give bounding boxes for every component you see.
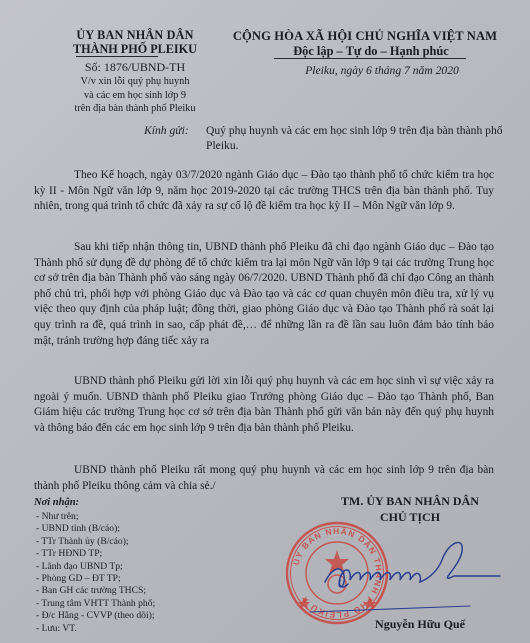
distribution-item: - Lãnh đạo UBND Tp; bbox=[36, 561, 155, 573]
recipient-text: Quý phụ huynh và các em học sinh lớp 9 t… bbox=[206, 124, 506, 153]
recipient-label: Kính gửi: bbox=[144, 124, 189, 137]
signature-on-behalf: TM. ỦY BAN NHÂN DÂN bbox=[310, 494, 510, 509]
distribution-item: - Như trên; bbox=[36, 511, 155, 523]
distribution-list: - Như trên; - UBND tỉnh (B/cáo); - TTr T… bbox=[36, 511, 155, 635]
paragraph-text: Theo Kế hoạch, ngày 03/7/2020 ngành Giáo… bbox=[34, 169, 494, 212]
national-motto: Độc lập – Tự do – Hạnh phúc bbox=[268, 44, 474, 59]
distribution-item: - UBND tỉnh (B/cáo); bbox=[36, 523, 155, 535]
issuing-organization-line1: ỦY BAN NHÂN DÂN bbox=[40, 28, 230, 43]
paragraph-text: UBND thành phố Pleiku rất mong quý phụ h… bbox=[34, 464, 494, 492]
body-paragraph-1: Theo Kế hoạch, ngày 03/7/2020 ngành Giáo… bbox=[34, 168, 494, 215]
national-title: CỘNG HÒA XÃ HỘI CHỦ NGHĨA VIỆT NAM bbox=[215, 29, 515, 44]
distribution-item: - Phòng GD – ĐT TP; bbox=[36, 573, 155, 585]
motto-underline bbox=[274, 58, 466, 59]
subject-line: và các em học sinh lớp 9 bbox=[40, 89, 230, 103]
paragraph-text: Sau khi tiếp nhận thông tin, UBND thành … bbox=[34, 241, 494, 347]
body-paragraph-2: Sau khi tiếp nhận thông tin, UBND thành … bbox=[34, 240, 494, 349]
official-letter: ỦY BAN NHÂN DÂN THÀNH PHỐ PLEIKU Số: 187… bbox=[0, 0, 530, 643]
body-paragraph-4: UBND thành phố Pleiku rất mong quý phụ h… bbox=[34, 463, 494, 494]
distribution-title: Nơi nhận: bbox=[34, 497, 79, 508]
distribution-item: - Ban GH các trường THCS; bbox=[36, 585, 155, 597]
distribution-item: - TTr Thành ủy (B/cáo); bbox=[36, 536, 155, 548]
organization-underline bbox=[76, 56, 158, 57]
signer-name: Nguyễn Hữu Quế bbox=[345, 617, 495, 632]
paragraph-text: UBND thành phố Pleiku gửi lời xin lỗi qu… bbox=[34, 375, 494, 434]
document-subject: V/v xin lỗi quý phụ huynh và các em học … bbox=[40, 75, 230, 116]
issuing-organization-line2: THÀNH PHỐ PLEIKU bbox=[40, 42, 230, 57]
place-and-date: Pleiku, ngày 6 tháng 7 năm 2020 bbox=[262, 64, 502, 77]
document-number: Số: 1876/UBND-TH bbox=[40, 60, 230, 75]
distribution-item: - Đ/c Hằng - CVVP (theo dõi); bbox=[36, 610, 155, 622]
distribution-item: - TTr HĐND TP; bbox=[36, 548, 155, 560]
subject-line: trên địa bàn thành phố Pleiku bbox=[40, 102, 230, 116]
body-paragraph-3: UBND thành phố Pleiku gửi lời xin lỗi qu… bbox=[34, 374, 494, 436]
distribution-item: - Trung tâm VHTT Thành phố; bbox=[36, 598, 155, 610]
subject-line: V/v xin lỗi quý phụ huynh bbox=[40, 75, 230, 89]
distribution-item: - Lưu: VT. bbox=[36, 623, 155, 635]
